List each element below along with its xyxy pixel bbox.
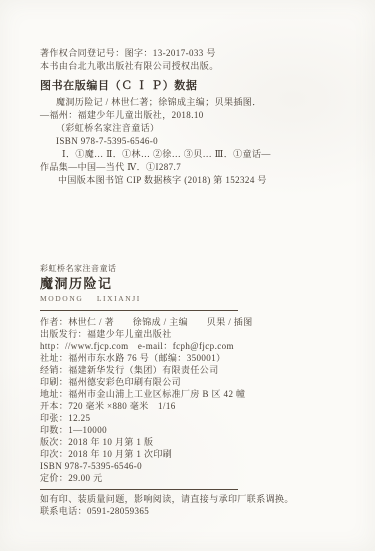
- cip-record-number: 中国版本图书馆 CIP 数据核字 (2018) 第 152324 号: [40, 174, 347, 187]
- imprint-author: 作者：林世仁 / 著 徐锦成 / 主编 贝果 / 插图: [40, 316, 347, 328]
- imprint-publisher-address: 社址：福州市东水路 76 号（邮编：350001）: [40, 352, 347, 364]
- cip-line-classification-1: Ⅰ．①魔… Ⅱ．①林… ②徐… ③贝… Ⅲ．①童话—: [40, 148, 347, 161]
- imprint-printer: 印刷：福州德安彩色印刷有限公司: [40, 376, 347, 388]
- imprint-edition: 版次：2018 年 10 月第 1 版: [40, 436, 347, 448]
- imprint-price: 定价：29.00 元: [40, 472, 347, 484]
- imprint-impression: 印次：2018 年 10 月第 1 次印刷: [40, 448, 347, 460]
- imprint-print-run: 印数：1—10000: [40, 424, 347, 436]
- imprint-block: 作者：林世仁 / 著 徐锦成 / 主编 贝果 / 插图 出版发行：福建少年儿童出…: [40, 316, 347, 484]
- cip-line-publisher: —福州：福建少年儿童出版社，2018.10: [40, 109, 347, 122]
- imprint-printed-sheets: 印张：12.25: [40, 412, 347, 424]
- cip-line-classification-2: 作品集—中国—当代 Ⅳ．①I287.7: [40, 161, 347, 174]
- imprint-format: 开本：720 毫米 ×880 毫米 1/16: [40, 400, 347, 412]
- imprint-website-email: http：//www.fjcp.com e-mail：fcph@fjcp.com: [40, 340, 347, 352]
- contact-phone: 联系电话：0591-28059365: [40, 505, 347, 517]
- imprint-publisher: 出版发行：福建少年儿童出版社: [40, 328, 347, 340]
- series-label: 彩虹桥名家注音童话: [40, 263, 347, 274]
- quality-notice: 如有印、装质量问题，影响阅读，请直接与承印厂联系调换。: [40, 493, 347, 505]
- cip-line-series: （彩虹桥名家注音童话）: [40, 122, 347, 135]
- book-title: 魔洞历险记: [40, 276, 347, 292]
- imprint-printer-address: 地址：福州市金山浦上工业区标准厂房 B 区 42 幢: [40, 388, 347, 400]
- divider-rule-bottom: [40, 489, 238, 490]
- divider-rule-top: [40, 310, 238, 311]
- imprint-isbn: ISBN 978-7-5395-6546-0: [40, 460, 347, 472]
- cip-line-title-statement: 魔洞历险记 / 林世仁著；徐锦成主编；贝果插图．: [40, 96, 347, 109]
- colophon-page: 著作权合同登记号：图字：13-2017-033 号 本书由台北九歌出版社有限公司…: [0, 0, 375, 517]
- cip-line-isbn: ISBN 978-7-5395-6546-0: [40, 135, 347, 148]
- imprint-distributor: 经销：福建新华发行（集团）有限责任公司: [40, 364, 347, 376]
- title-block: 彩虹桥名家注音童话 魔洞历险记 MODONG LIXIANJI: [40, 263, 347, 311]
- quality-notice-block: 如有印、装质量问题，影响阅读，请直接与承印厂联系调换。 联系电话：0591-28…: [40, 493, 347, 517]
- cip-heading: 图书在版编目（Ｃ Ｉ Ｐ）数据: [40, 79, 347, 94]
- copyright-registration-block: 著作权合同登记号：图字：13-2017-033 号 本书由台北九歌出版社有限公司…: [40, 47, 347, 73]
- book-title-pinyin: MODONG LIXIANJI: [40, 294, 347, 304]
- cip-data-block: 图书在版编目（Ｃ Ｉ Ｐ）数据 魔洞历险记 / 林世仁著；徐锦成主编；贝果插图．…: [40, 79, 347, 187]
- authorization-statement: 本书由台北九歌出版社有限公司授权出版。: [40, 60, 347, 73]
- copyright-registration-number: 著作权合同登记号：图字：13-2017-033 号: [40, 47, 347, 60]
